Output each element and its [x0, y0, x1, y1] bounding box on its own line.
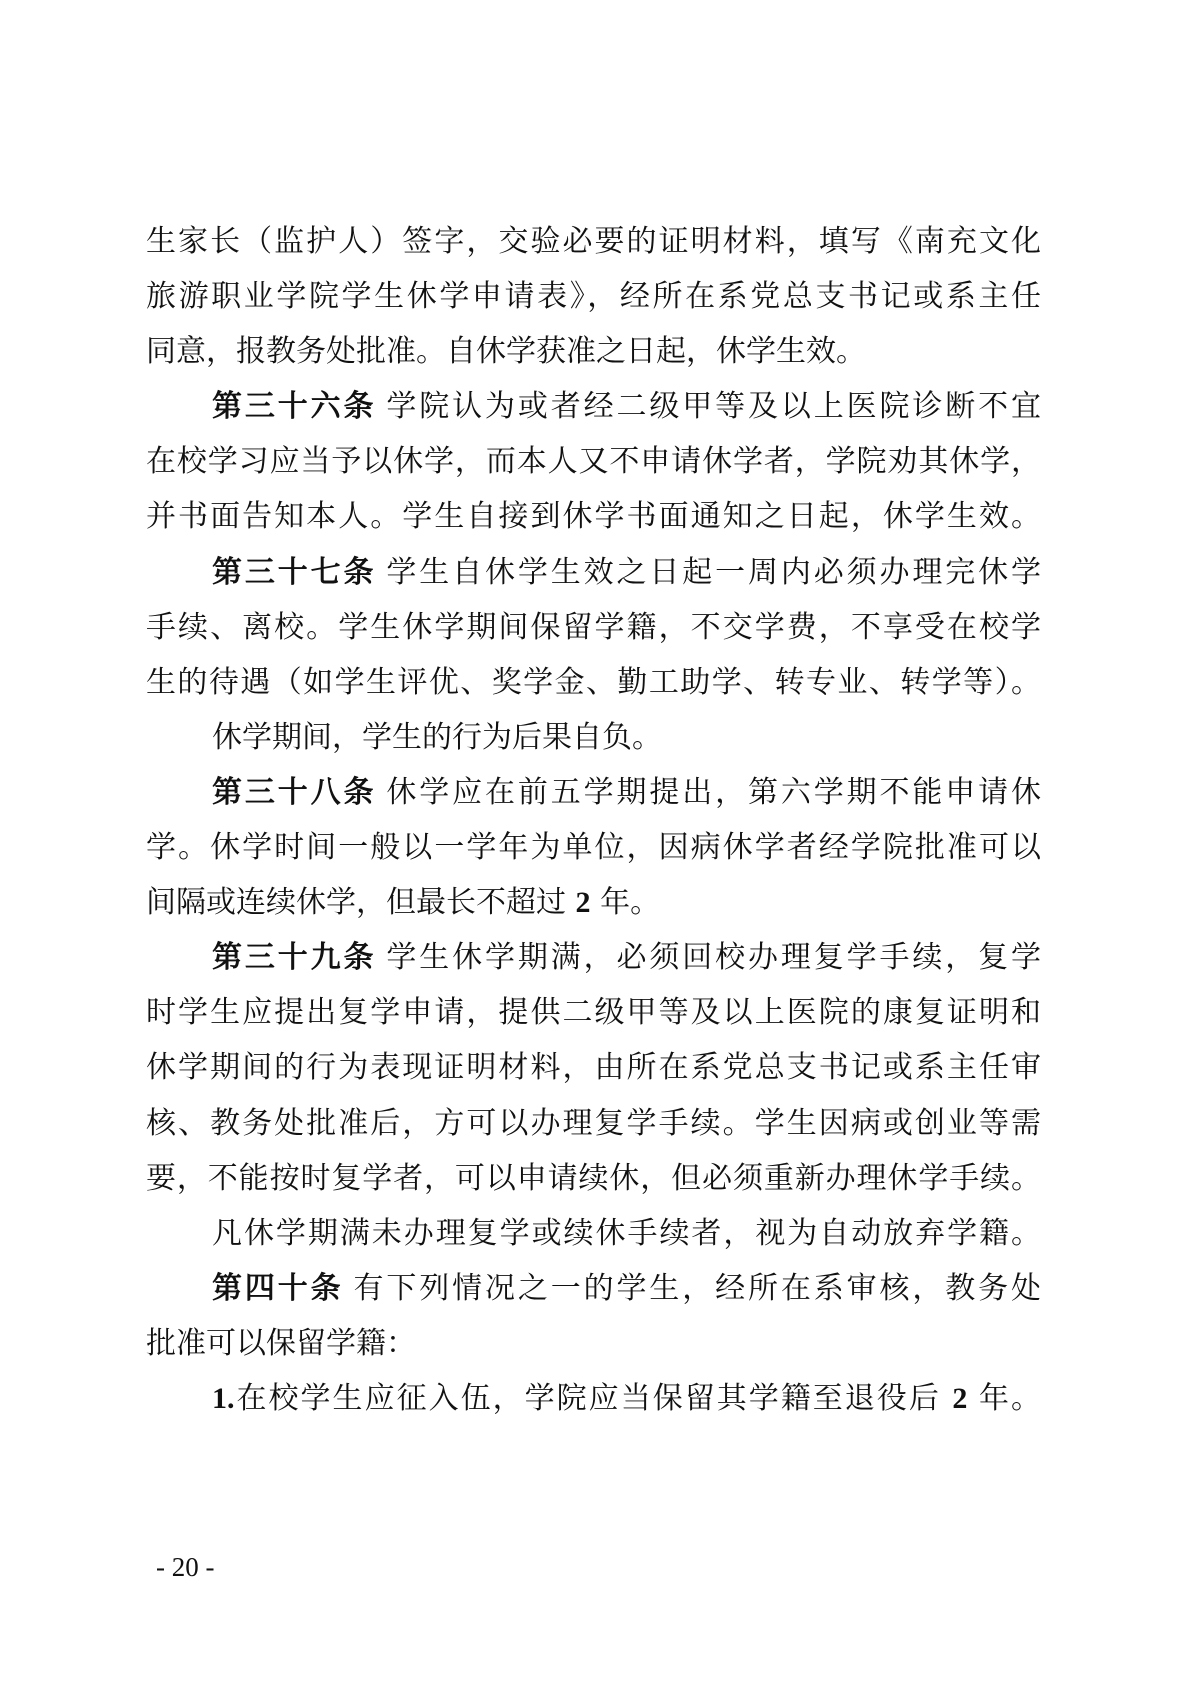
- text-line: 并书面告知本人。学生自接到休学书面通知之日起，休学生效。: [146, 489, 1041, 544]
- inline-number: 2: [952, 1382, 967, 1415]
- article-number: 第三十七条: [212, 555, 376, 590]
- text-line: 手续、离校。学生休学期间保留学籍，不交学费，不享受在校学: [146, 600, 1041, 655]
- article-number: 第四十条: [212, 1271, 344, 1306]
- page-number: - 20 -: [156, 1552, 214, 1583]
- text-line: 间隔或连续休学，但最长不超过 2 年。: [146, 875, 1041, 930]
- text-line: 要，不能按时复学者，可以申请续休，但必须重新办理休学手续。: [146, 1151, 1041, 1206]
- line-text: 有下列情况之一的学生，经所在系审核，教务处: [354, 1271, 1042, 1306]
- article-37-first-line: 第三十七条学生自休学生效之日起一周内必须办理完休学: [146, 545, 1041, 600]
- line-text: 年。: [979, 1381, 1041, 1416]
- line-text: 在校学习应当予以休学，而本人又不申请休学者，学院劝其休学，: [146, 444, 1041, 479]
- line-text: 在校学生应征入伍，学院应当保留其学籍至退役后: [235, 1381, 941, 1416]
- document-page: 生家长（监护人）签字，交验必要的证明材料，填写《南充文化 旅游职业学院学生休学申…: [0, 0, 1191, 1684]
- article-38-first-line: 第三十八条休学应在前五学期提出，第六学期不能申请休: [146, 765, 1041, 820]
- line-text: 学生休学期满，必须回校办理复学手续，复学: [386, 940, 1041, 975]
- text-line: 休学期间，学生的行为后果自负。: [146, 710, 1041, 765]
- line-text: 学。休学时间一般以一学年为单位，因病休学者经学院批准可以: [146, 830, 1041, 865]
- article-number: 第三十八条: [212, 775, 376, 810]
- text-line: 旅游职业学院学生休学申请表》，经所在系党总支书记或系主任: [146, 269, 1041, 324]
- line-text: 年。: [600, 885, 660, 920]
- text-line: 凡休学期满未办理复学或续休手续者，视为自动放弃学籍。: [146, 1206, 1041, 1261]
- text-line: 生家长（监护人）签字，交验必要的证明材料，填写《南充文化: [146, 214, 1041, 269]
- article-36-first-line: 第三十六条学院认为或者经二级甲等及以上医院诊断不宜: [146, 379, 1041, 434]
- line-text: 时学生应提出复学申请，提供二级甲等及以上医院的康复证明和: [146, 995, 1041, 1030]
- text-line: 批准可以保留学籍：: [146, 1316, 1041, 1371]
- line-text: 并书面告知本人。学生自接到休学书面通知之日起，休学生效。: [146, 499, 1041, 534]
- line-text: 批准可以保留学籍：: [146, 1326, 416, 1361]
- line-text: 手续、离校。学生休学期间保留学籍，不交学费，不享受在校学: [146, 610, 1041, 645]
- line-text: 学生自休学生效之日起一周内必须办理完休学: [386, 555, 1041, 590]
- article-number: 第三十九条: [212, 940, 376, 975]
- body-text: 生家长（监护人）签字，交验必要的证明材料，填写《南充文化 旅游职业学院学生休学申…: [146, 214, 1041, 1426]
- text-line: 生的待遇（如学生评优、奖学金、勤工助学、转专业、转学等）。: [146, 655, 1041, 710]
- line-text: 旅游职业学院学生休学申请表》，经所在系党总支书记或系主任: [146, 279, 1041, 314]
- line-text: 同意，报教务处批准。自休学获准之日起，休学生效。: [146, 334, 866, 369]
- line-text: 休学应在前五学期提出，第六学期不能申请休: [386, 775, 1041, 810]
- line-text: 休学期间，学生的行为后果自负。: [212, 720, 662, 755]
- list-item-number: 1.: [212, 1382, 235, 1415]
- article-number: 第三十六条: [212, 389, 376, 424]
- line-text: 间隔或连续休学，但最长不超过: [146, 885, 566, 920]
- line-text: 休学期间的行为表现证明材料，由所在系党总支书记或系主任审: [146, 1050, 1041, 1085]
- article-39-first-line: 第三十九条学生休学期满，必须回校办理复学手续，复学: [146, 930, 1041, 985]
- line-text: 学院认为或者经二级甲等及以上医院诊断不宜: [386, 389, 1041, 424]
- line-text: 凡休学期满未办理复学或续休手续者，视为自动放弃学籍。: [212, 1216, 1041, 1251]
- article-40-first-line: 第四十条有下列情况之一的学生，经所在系审核，教务处: [146, 1261, 1041, 1316]
- line-text: 生家长（监护人）签字，交验必要的证明材料，填写《南充文化: [146, 224, 1041, 259]
- text-line: 时学生应提出复学申请，提供二级甲等及以上医院的康复证明和: [146, 985, 1041, 1040]
- text-line: 在校学习应当予以休学，而本人又不申请休学者，学院劝其休学，: [146, 434, 1041, 489]
- line-text: 要，不能按时复学者，可以申请续休，但必须重新办理休学手续。: [146, 1161, 1041, 1196]
- list-item-1: 1.在校学生应征入伍，学院应当保留其学籍至退役后 2 年。: [146, 1371, 1041, 1426]
- inline-number: 2: [576, 886, 591, 919]
- text-line: 核、教务处批准后，方可以办理复学手续。学生因病或创业等需: [146, 1096, 1041, 1151]
- text-line: 学。休学时间一般以一学年为单位，因病休学者经学院批准可以: [146, 820, 1041, 875]
- text-line: 休学期间的行为表现证明材料，由所在系党总支书记或系主任审: [146, 1040, 1041, 1095]
- line-text: 生的待遇（如学生评优、奖学金、勤工助学、转专业、转学等）。: [146, 665, 1041, 700]
- text-line: 同意，报教务处批准。自休学获准之日起，休学生效。: [146, 324, 1041, 379]
- line-text: 核、教务处批准后，方可以办理复学手续。学生因病或创业等需: [146, 1106, 1041, 1141]
